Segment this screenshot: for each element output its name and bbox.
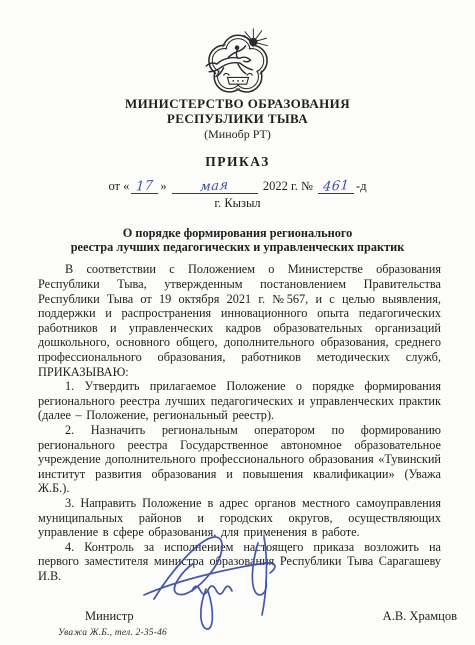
- date-year-part: 2022 г. №: [263, 179, 313, 193]
- minister-signature-ink: [140, 533, 300, 633]
- date-prefix: от «: [108, 179, 129, 193]
- emblem-container: [0, 0, 475, 96]
- month-blank: мая: [172, 180, 258, 194]
- paragraph-item-2: 2. Назначить региональным оператором по …: [38, 423, 441, 496]
- date-line: от «17» мая 2022 г. № 461-д: [0, 179, 475, 194]
- date-suffix: -д: [356, 179, 367, 193]
- executor-contact-note: Уважа Ж.Б., тел. 2-35-46: [58, 628, 167, 638]
- order-title-line2: реестра лучших педагогических и управлен…: [0, 240, 475, 254]
- ministry-name-line2: РЕСПУБЛИКИ ТЫВА: [0, 111, 475, 126]
- order-title-line1: О порядке формирования регионального: [0, 226, 475, 240]
- document-type-heading: ПРИКАЗ: [0, 154, 475, 170]
- order-title: О порядке формирования регионального рее…: [0, 226, 475, 254]
- handwritten-day: 17: [136, 179, 154, 193]
- city-line: г. Кызыл: [0, 196, 475, 211]
- handwritten-month: мая: [200, 179, 229, 194]
- ministry-abbreviation: (Минобр РТ): [0, 127, 475, 141]
- signer-name: А.В. Храмцов: [383, 609, 457, 624]
- date-close-quote: »: [160, 179, 166, 193]
- signer-position: Министр: [85, 609, 134, 624]
- paragraph-item-1: 1. Утвердить прилагаемое Положение о пор…: [38, 379, 441, 423]
- document-page: МИНИСТЕРСТВО ОБРАЗОВАНИЯ РЕСПУБЛИКИ ТЫВА…: [0, 0, 475, 645]
- paragraph-preamble: В соответствии с Положением о Министерст…: [38, 262, 441, 379]
- ministry-name-line1: МИНИСТЕРСТВО ОБРАЗОВАНИЯ: [0, 96, 475, 111]
- day-blank: 17: [131, 180, 158, 194]
- handwritten-number: 461: [322, 179, 349, 194]
- number-blank: 461: [318, 180, 354, 194]
